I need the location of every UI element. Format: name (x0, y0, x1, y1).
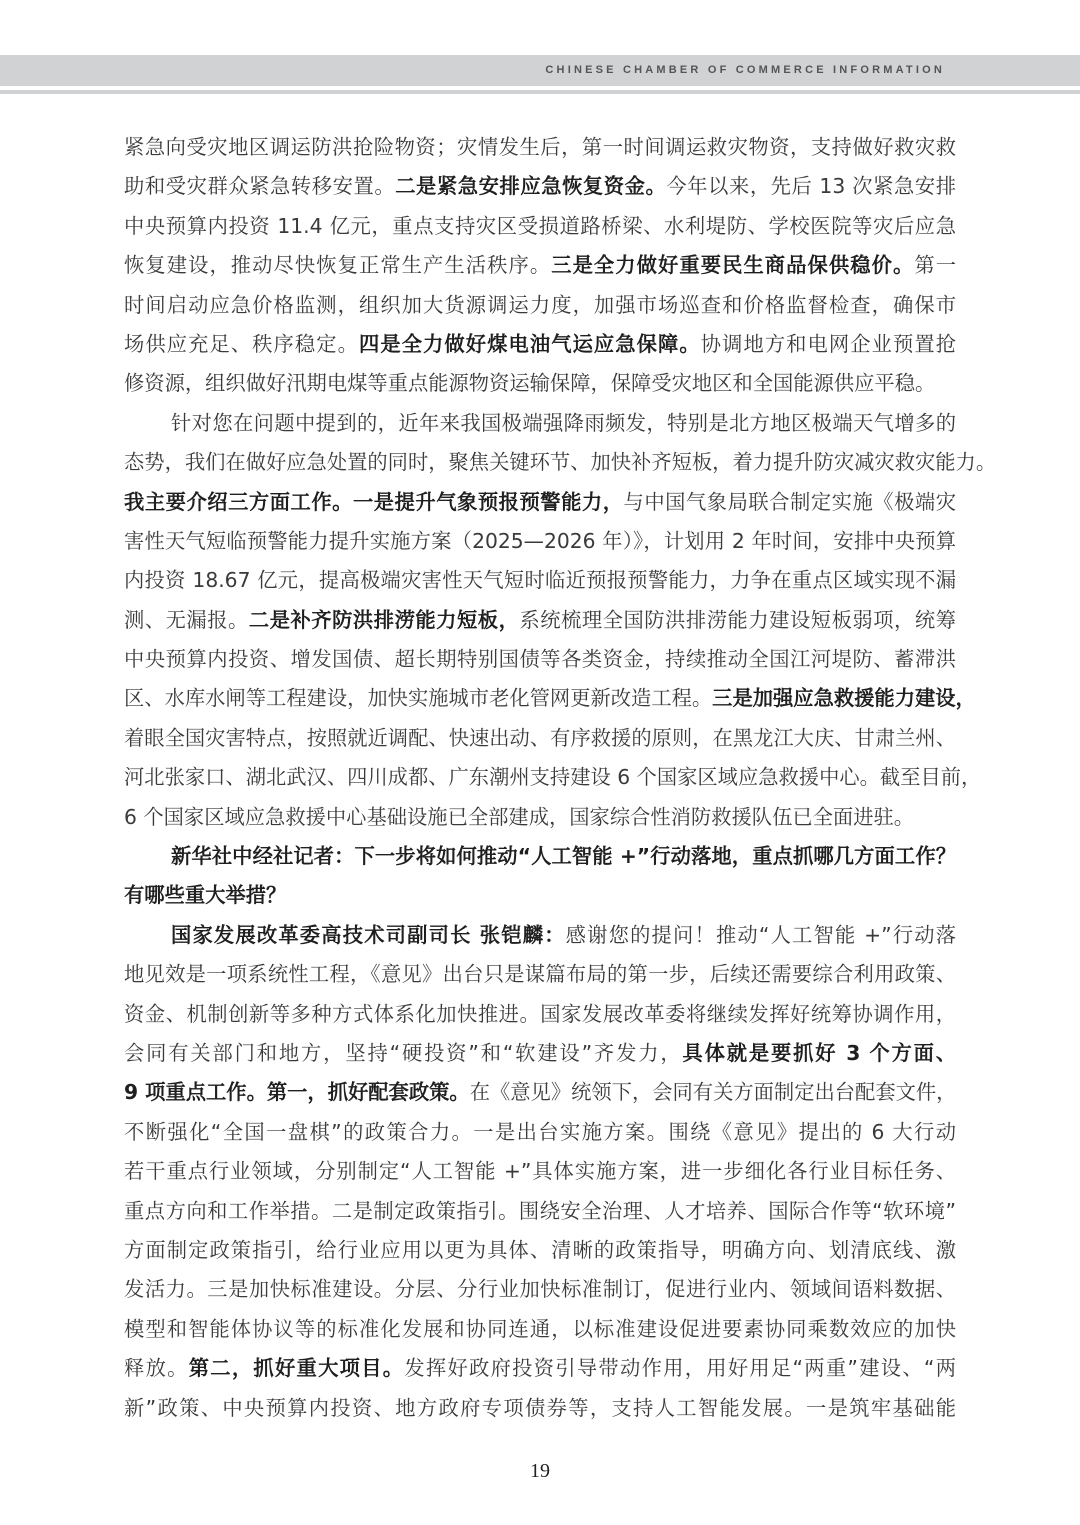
text-segment: 紧急向受灾地区调运防洪抢险物资；灾情发生后，第一时间调运救灾物资，支持做好救灾救 (124, 135, 956, 159)
text-segment: 感谢您的提问！推动“人工智能 +”行动落 (566, 923, 956, 947)
page-number: 19 (0, 1460, 1080, 1483)
text-line: 有哪些重大举措？ (124, 876, 956, 915)
text-segment: 河北张家口、湖北武汉、四川成都、广东潮州支持建设 6 个国家区域应急救援中心。截… (124, 765, 981, 789)
bold-text-segment: 二是补齐防洪排涝能力短板， (249, 608, 520, 632)
text-line: 中央预算内投资 11.4 亿元，重点支持灾区受损道路桥梁、水利堤防、学校医院等灾… (124, 207, 956, 246)
text-segment: 态势，我们在做好应急处置的同时，聚焦关键环节、加快补齐短板，着力提升防灾减灾救灾… (124, 450, 996, 474)
text-line: 6 个国家区域应急救援中心基础设施已全部建成，国家综合性消防救援队伍已全面进驻。 (124, 798, 956, 837)
text-segment: 恢复建设，推动尽快恢复正常生产生活秩序。 (124, 253, 551, 277)
text-line: 方面制定政策指引，给行业应用以更为具体、清晰的政策指导，明确方向、划清底线、激 (124, 1231, 956, 1270)
text-line: 时间启动应急价格监测，组织加大货源调运力度，加强市场巡查和价格监督检查，确保市 (124, 286, 956, 325)
text-segment: 着眼全国灾害特点，按照就近调配、快速出动、有序救援的原则，在黑龙江大庆、甘肃兰州… (124, 726, 956, 750)
text-line: 9 项重点工作。第一，抓好配套政策。在《意见》统领下，会同有关方面制定出台配套文… (124, 1073, 956, 1112)
text-segment: 系统梳理全国防洪排涝能力建设短板弱项，统筹 (519, 608, 956, 632)
text-line: 发活力。三是加快标准建设。分层、分行业加快标准制订，促进行业内、领域间语料数据、 (124, 1270, 956, 1309)
text-line: 态势，我们在做好应急处置的同时，聚焦关键环节、加快补齐短板，着力提升防灾减灾救灾… (124, 443, 956, 482)
text-line: 若干重点行业领域，分别制定“人工智能 +”具体实施方案，进一步细化各行业目标任务… (124, 1152, 956, 1191)
text-segment: 助和受灾群众紧急转移安置。 (124, 174, 395, 198)
bold-text-segment: 有哪些重大举措？ (124, 883, 286, 907)
text-line: 资金、机制创新等多种方式体系化加快推进。国家发展改革委将继续发挥好统筹协调作用， (124, 995, 956, 1034)
text-line: 不断强化“全国一盘棋”的政策合力。一是出台实施方案。围绕《意见》提出的 6 大行… (124, 1113, 956, 1152)
text-segment: 区、水库水闸等工程建设，加快实施城市老化管网更新改造工程。 (124, 686, 712, 710)
text-line: 助和受灾群众紧急转移安置。二是紧急安排应急恢复资金。今年以来，先后 13 次紧急… (124, 167, 956, 206)
text-segment: 害性天气短临预警能力提升实施方案（2025—2026 年）》，计划用 2 年时间… (124, 529, 956, 553)
bold-text-segment: 具体就是要抓好 3 个方面、 (682, 1041, 956, 1065)
text-line: 测、无漏报。二是补齐防洪排涝能力短板，系统梳理全国防洪排涝能力建设短板弱项，统筹 (124, 601, 956, 640)
text-segment: 在《意见》统领下，会同有关方面制定出台配套文件， (470, 1080, 957, 1104)
bold-text-segment: 新华社中经社记者：下一步将如何推动“人工智能 +”行动落地，重点抓哪几方面工作？ (171, 844, 956, 868)
header-divider (0, 90, 1080, 94)
text-segment: 今年以来，先后 13 次紧急安排 (666, 174, 956, 198)
text-segment: 若干重点行业领域，分别制定“人工智能 +”具体实施方案，进一步细化各行业目标任务… (124, 1159, 956, 1183)
header-band: CHINESE CHAMBER OF COMMERCE INFORMATION (0, 55, 1080, 86)
text-line: 区、水库水闸等工程建设，加快实施城市老化管网更新改造工程。三是加强应急救援能力建… (124, 679, 956, 718)
bold-text-segment: 9 项重点工作。第一，抓好配套政策。 (124, 1080, 470, 1104)
text-segment: 地见效是一项系统性工程，《意见》出台只是谋篇布局的第一步，后续还需要综合利用政策… (124, 962, 956, 986)
text-segment: 6 个国家区域应急救援中心基础设施已全部建成，国家综合性消防救援队伍已全面进驻。 (124, 805, 914, 829)
text-segment: 第一 (914, 253, 956, 277)
text-line: 中央预算内投资、增发国债、超长期特别国债等各类资金，持续推动全国江河堤防、蓄滞洪 (124, 640, 956, 679)
text-line: 新华社中经社记者：下一步将如何推动“人工智能 +”行动落地，重点抓哪几方面工作？ (124, 837, 956, 876)
text-line: 针对您在问题中提到的，近年来我国极端强降雨频发，特别是北方地区极端天气增多的 (124, 404, 956, 443)
text-segment: 资金、机制创新等多种方式体系化加快推进。国家发展改革委将继续发挥好统筹协调作用， (124, 1002, 956, 1026)
bold-text-segment: 国家发展改革委高技术司副司长 张铠麟： (171, 923, 566, 947)
text-segment: 释放。 (124, 1356, 189, 1380)
text-segment: 发活力。三是加快标准建设。分层、分行业加快标准制订，促进行业内、领域间语料数据、 (124, 1277, 956, 1301)
text-segment: 不断强化“全国一盘棋”的政策合力。一是出台实施方案。围绕《意见》提出的 6 大行… (124, 1120, 956, 1144)
text-line: 重点方向和工作举措。二是制定政策指引。围绕安全治理、人才培养、国际合作等“软环境… (124, 1192, 956, 1231)
publication-title: CHINESE CHAMBER OF COMMERCE INFORMATION (545, 64, 945, 76)
text-segment: 协调地方和电网企业预置抢 (701, 332, 956, 356)
bold-text-segment: 第二，抓好重大项目。 (189, 1356, 405, 1380)
text-segment: 时间启动应急价格监测，组织加大货源调运力度，加强市场巡查和价格监督检查，确保市 (124, 293, 956, 317)
text-line: 河北张家口、湖北武汉、四川成都、广东潮州支持建设 6 个国家区域应急救援中心。截… (124, 758, 956, 797)
bold-text-segment: 三是全力做好重要民生商品保供稳价。 (551, 253, 914, 277)
text-line: 模型和智能体协议等的标准化发展和协同连通，以标准建设促进要素协同乘数效应的加快 (124, 1310, 956, 1349)
bold-text-segment: 二是紧急安排应急恢复资金。 (395, 174, 666, 198)
text-segment: 发挥好政府投资引导带动作用，用好用足“两重”建设、“两 (404, 1356, 956, 1380)
text-line: 国家发展改革委高技术司副司长 张铠麟：感谢您的提问！推动“人工智能 +”行动落 (124, 916, 956, 955)
text-line: 内投资 18.67 亿元，提高极端灾害性天气短时临近预报预警能力，力争在重点区域… (124, 561, 956, 600)
bold-text-segment: 我主要介绍三方面工作。一是提升气象预报预警能力， (124, 490, 624, 514)
text-segment: 会同有关部门和地方，坚持“硬投资”和“软建设”齐发力， (124, 1041, 682, 1065)
text-line: 新”政策、中央预算内投资、地方政府专项债券等，支持人工智能发展。一是筑牢基础能 (124, 1389, 956, 1428)
text-line: 修资源，组织做好汛期电煤等重点能源物资运输保障，保障受灾地区和全国能源供应平稳。 (124, 364, 956, 403)
article-body: 紧急向受灾地区调运防洪抢险物资；灾情发生后，第一时间调运救灾物资，支持做好救灾救… (124, 128, 956, 1428)
text-segment: 与中国气象局联合制定实施《极端灾 (624, 490, 956, 514)
text-segment: 修资源，组织做好汛期电煤等重点能源物资运输保障，保障受灾地区和全国能源供应平稳。 (124, 371, 935, 395)
text-line: 地见效是一项系统性工程，《意见》出台只是谋篇布局的第一步，后续还需要综合利用政策… (124, 955, 956, 994)
text-line: 我主要介绍三方面工作。一是提升气象预报预警能力，与中国气象局联合制定实施《极端灾 (124, 483, 956, 522)
text-segment: 内投资 18.67 亿元，提高极端灾害性天气短时临近预报预警能力，力争在重点区域… (124, 568, 956, 592)
text-segment: 场供应充足、秩序稳定。 (124, 332, 359, 356)
text-segment: 中央预算内投资 11.4 亿元，重点支持灾区受损道路桥梁、水利堤防、学校医院等灾… (124, 214, 956, 238)
text-segment: 中央预算内投资、增发国债、超长期特别国债等各类资金，持续推动全国江河堤防、蓄滞洪 (124, 647, 956, 671)
text-segment: 新”政策、中央预算内投资、地方政府专项债券等，支持人工智能发展。一是筑牢基础能 (124, 1396, 956, 1420)
bold-text-segment: 四是全力做好煤电油气运应急保障。 (359, 332, 701, 356)
text-segment: 方面制定政策指引，给行业应用以更为具体、清晰的政策指导，明确方向、划清底线、激 (124, 1238, 956, 1262)
bold-text-segment: 三是加强应急救援能力建设， (712, 686, 976, 710)
text-line: 着眼全国灾害特点，按照就近调配、快速出动、有序救援的原则，在黑龙江大庆、甘肃兰州… (124, 719, 956, 758)
text-line: 害性天气短临预警能力提升实施方案（2025—2026 年）》，计划用 2 年时间… (124, 522, 956, 561)
text-line: 释放。第二，抓好重大项目。发挥好政府投资引导带动作用，用好用足“两重”建设、“两 (124, 1349, 956, 1388)
text-line: 会同有关部门和地方，坚持“硬投资”和“软建设”齐发力，具体就是要抓好 3 个方面… (124, 1034, 956, 1073)
text-segment: 测、无漏报。 (124, 608, 249, 632)
text-segment: 重点方向和工作举措。二是制定政策指引。围绕安全治理、人才培养、国际合作等“软环境… (124, 1199, 956, 1223)
text-segment: 模型和智能体协议等的标准化发展和协同连通，以标准建设促进要素协同乘数效应的加快 (124, 1317, 956, 1341)
text-line: 恢复建设，推动尽快恢复正常生产生活秩序。三是全力做好重要民生商品保供稳价。第一 (124, 246, 956, 285)
text-line: 紧急向受灾地区调运防洪抢险物资；灾情发生后，第一时间调运救灾物资，支持做好救灾救 (124, 128, 956, 167)
text-line: 场供应充足、秩序稳定。四是全力做好煤电油气运应急保障。协调地方和电网企业预置抢 (124, 325, 956, 364)
text-segment: 针对您在问题中提到的，近年来我国极端强降雨频发，特别是北方地区极端天气增多的 (171, 411, 956, 435)
